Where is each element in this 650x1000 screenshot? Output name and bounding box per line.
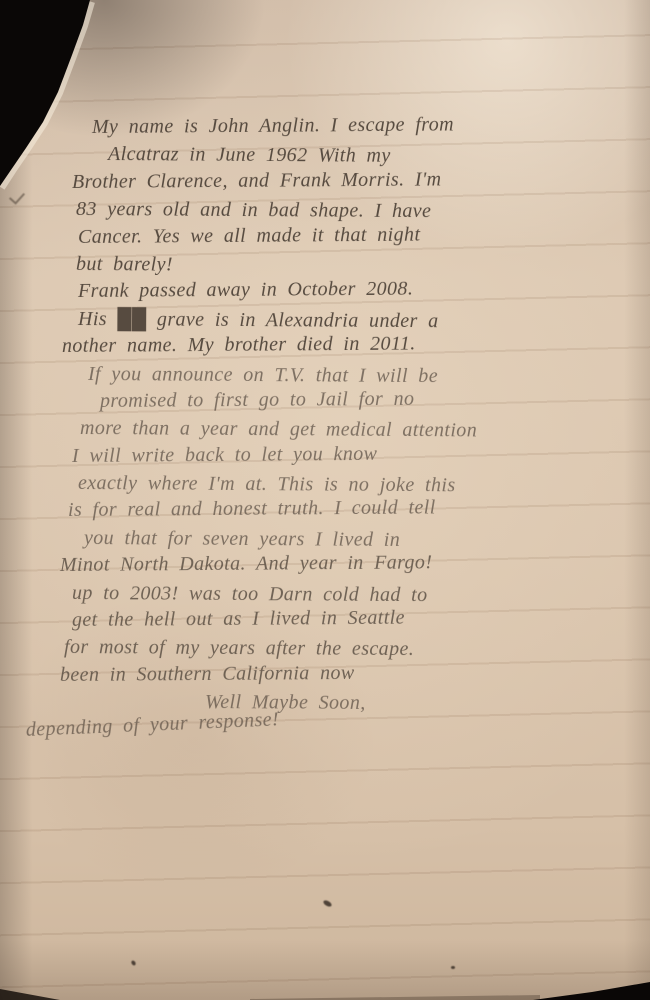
torn-corner-top-left (0, 0, 90, 186)
corner-bottom-left (0, 989, 60, 1000)
corner-bottom-right (533, 982, 650, 1000)
bottom-edge-shadow (250, 995, 540, 1000)
letter-photo: My name is John Anglin. I escape fromAlc… (0, 0, 650, 1000)
paper-edges (0, 0, 650, 1000)
